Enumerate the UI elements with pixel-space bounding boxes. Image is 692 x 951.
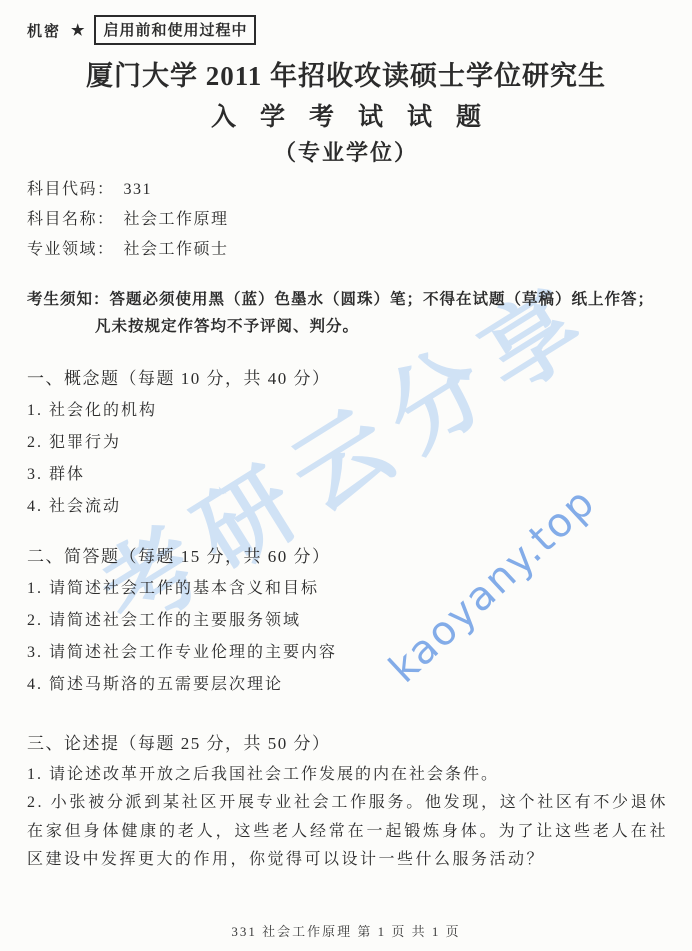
notice-line-1: 考生须知：答题必须使用黑（蓝）色墨水（圆珠）笔；不得在试题（草稿）纸上作答； — [27, 286, 668, 313]
question-item: 1. 请论述改革开放之后我国社会工作发展的内在社会条件。 — [27, 760, 668, 789]
question-item: 3. 请简述社会工作专业伦理的主要内容 — [27, 637, 668, 669]
section-heading: 三、论述提（每题 25 分，共 50 分） — [27, 728, 668, 760]
classification-header: 机密 ★ 启用前和使用过程中 — [27, 15, 256, 45]
subject-code-value: 331 — [124, 181, 153, 198]
section-heading: 一、概念题（每题 10 分，共 40 分） — [27, 363, 668, 395]
question-item: 2. 犯罪行为 — [27, 427, 668, 459]
notice-line-2: 凡未按规定作答均不予评阅、判分。 — [27, 313, 668, 340]
degree-type-label: （专业学位） — [0, 136, 692, 167]
major-field-label: 专业领域： — [27, 241, 115, 258]
candidate-notice: 考生须知：答题必须使用黑（蓝）色墨水（圆珠）笔；不得在试题（草稿）纸上作答； 凡… — [27, 286, 668, 340]
usage-period-box: 启用前和使用过程中 — [94, 15, 256, 45]
question-item: 4. 简述马斯洛的五需要层次理论 — [27, 669, 668, 701]
notice-text-1: 答题必须使用黑（蓝）色墨水（圆珠）笔；不得在试题（草稿）纸上作答； — [110, 291, 655, 308]
page-footer: 331 社会工作原理 第 1 页 共 1 页 — [0, 921, 692, 940]
page-subtitle: 入学考试试题 — [0, 97, 692, 133]
subject-meta-block: 科目代码：331 科目名称：社会工作原理 专业领域：社会工作硕士 — [27, 175, 229, 265]
subject-code-row: 科目代码：331 — [27, 175, 229, 205]
page-title: 厦门大学 2011 年招收攻读硕士学位研究生 — [0, 54, 692, 93]
section-essay-questions: 三、论述提（每题 25 分，共 50 分） 1. 请论述改革开放之后我国社会工作… — [27, 728, 668, 875]
subject-name-value: 社会工作原理 — [124, 211, 229, 228]
major-field-row: 专业领域：社会工作硕士 — [27, 235, 229, 265]
section-short-answer-questions: 二、简答题（每题 15 分，共 60 分） 1. 请简述社会工作的基本含义和目标… — [27, 541, 668, 701]
section-heading: 二、简答题（每题 15 分，共 60 分） — [27, 541, 668, 573]
subject-name-label: 科目名称： — [27, 211, 115, 228]
question-item: 3. 群体 — [27, 459, 668, 491]
star-icon: ★ — [71, 21, 84, 40]
page-content: 机密 ★ 启用前和使用过程中 厦门大学 2011 年招收攻读硕士学位研究生 入学… — [0, 0, 692, 951]
question-item: 2. 小张被分派到某社区开展专业社会工作服务。他发现，这个社区有不少退休在家但身… — [27, 789, 668, 875]
major-field-value: 社会工作硕士 — [124, 241, 229, 258]
question-item: 4. 社会流动 — [27, 491, 668, 523]
exam-paper-page: 考研云分享 kaoyany.top 机密 ★ 启用前和使用过程中 厦门大学 20… — [0, 0, 692, 951]
question-item: 2. 请简述社会工作的主要服务领域 — [27, 605, 668, 637]
question-item: 1. 社会化的机构 — [27, 395, 668, 427]
section-concept-questions: 一、概念题（每题 10 分，共 40 分） 1. 社会化的机构 2. 犯罪行为 … — [27, 363, 668, 523]
subject-code-label: 科目代码： — [27, 181, 115, 198]
notice-label: 考生须知： — [27, 291, 110, 308]
subject-name-row: 科目名称：社会工作原理 — [27, 205, 229, 235]
question-item: 1. 请简述社会工作的基本含义和目标 — [27, 573, 668, 605]
classification-label: 机密 — [27, 20, 61, 41]
